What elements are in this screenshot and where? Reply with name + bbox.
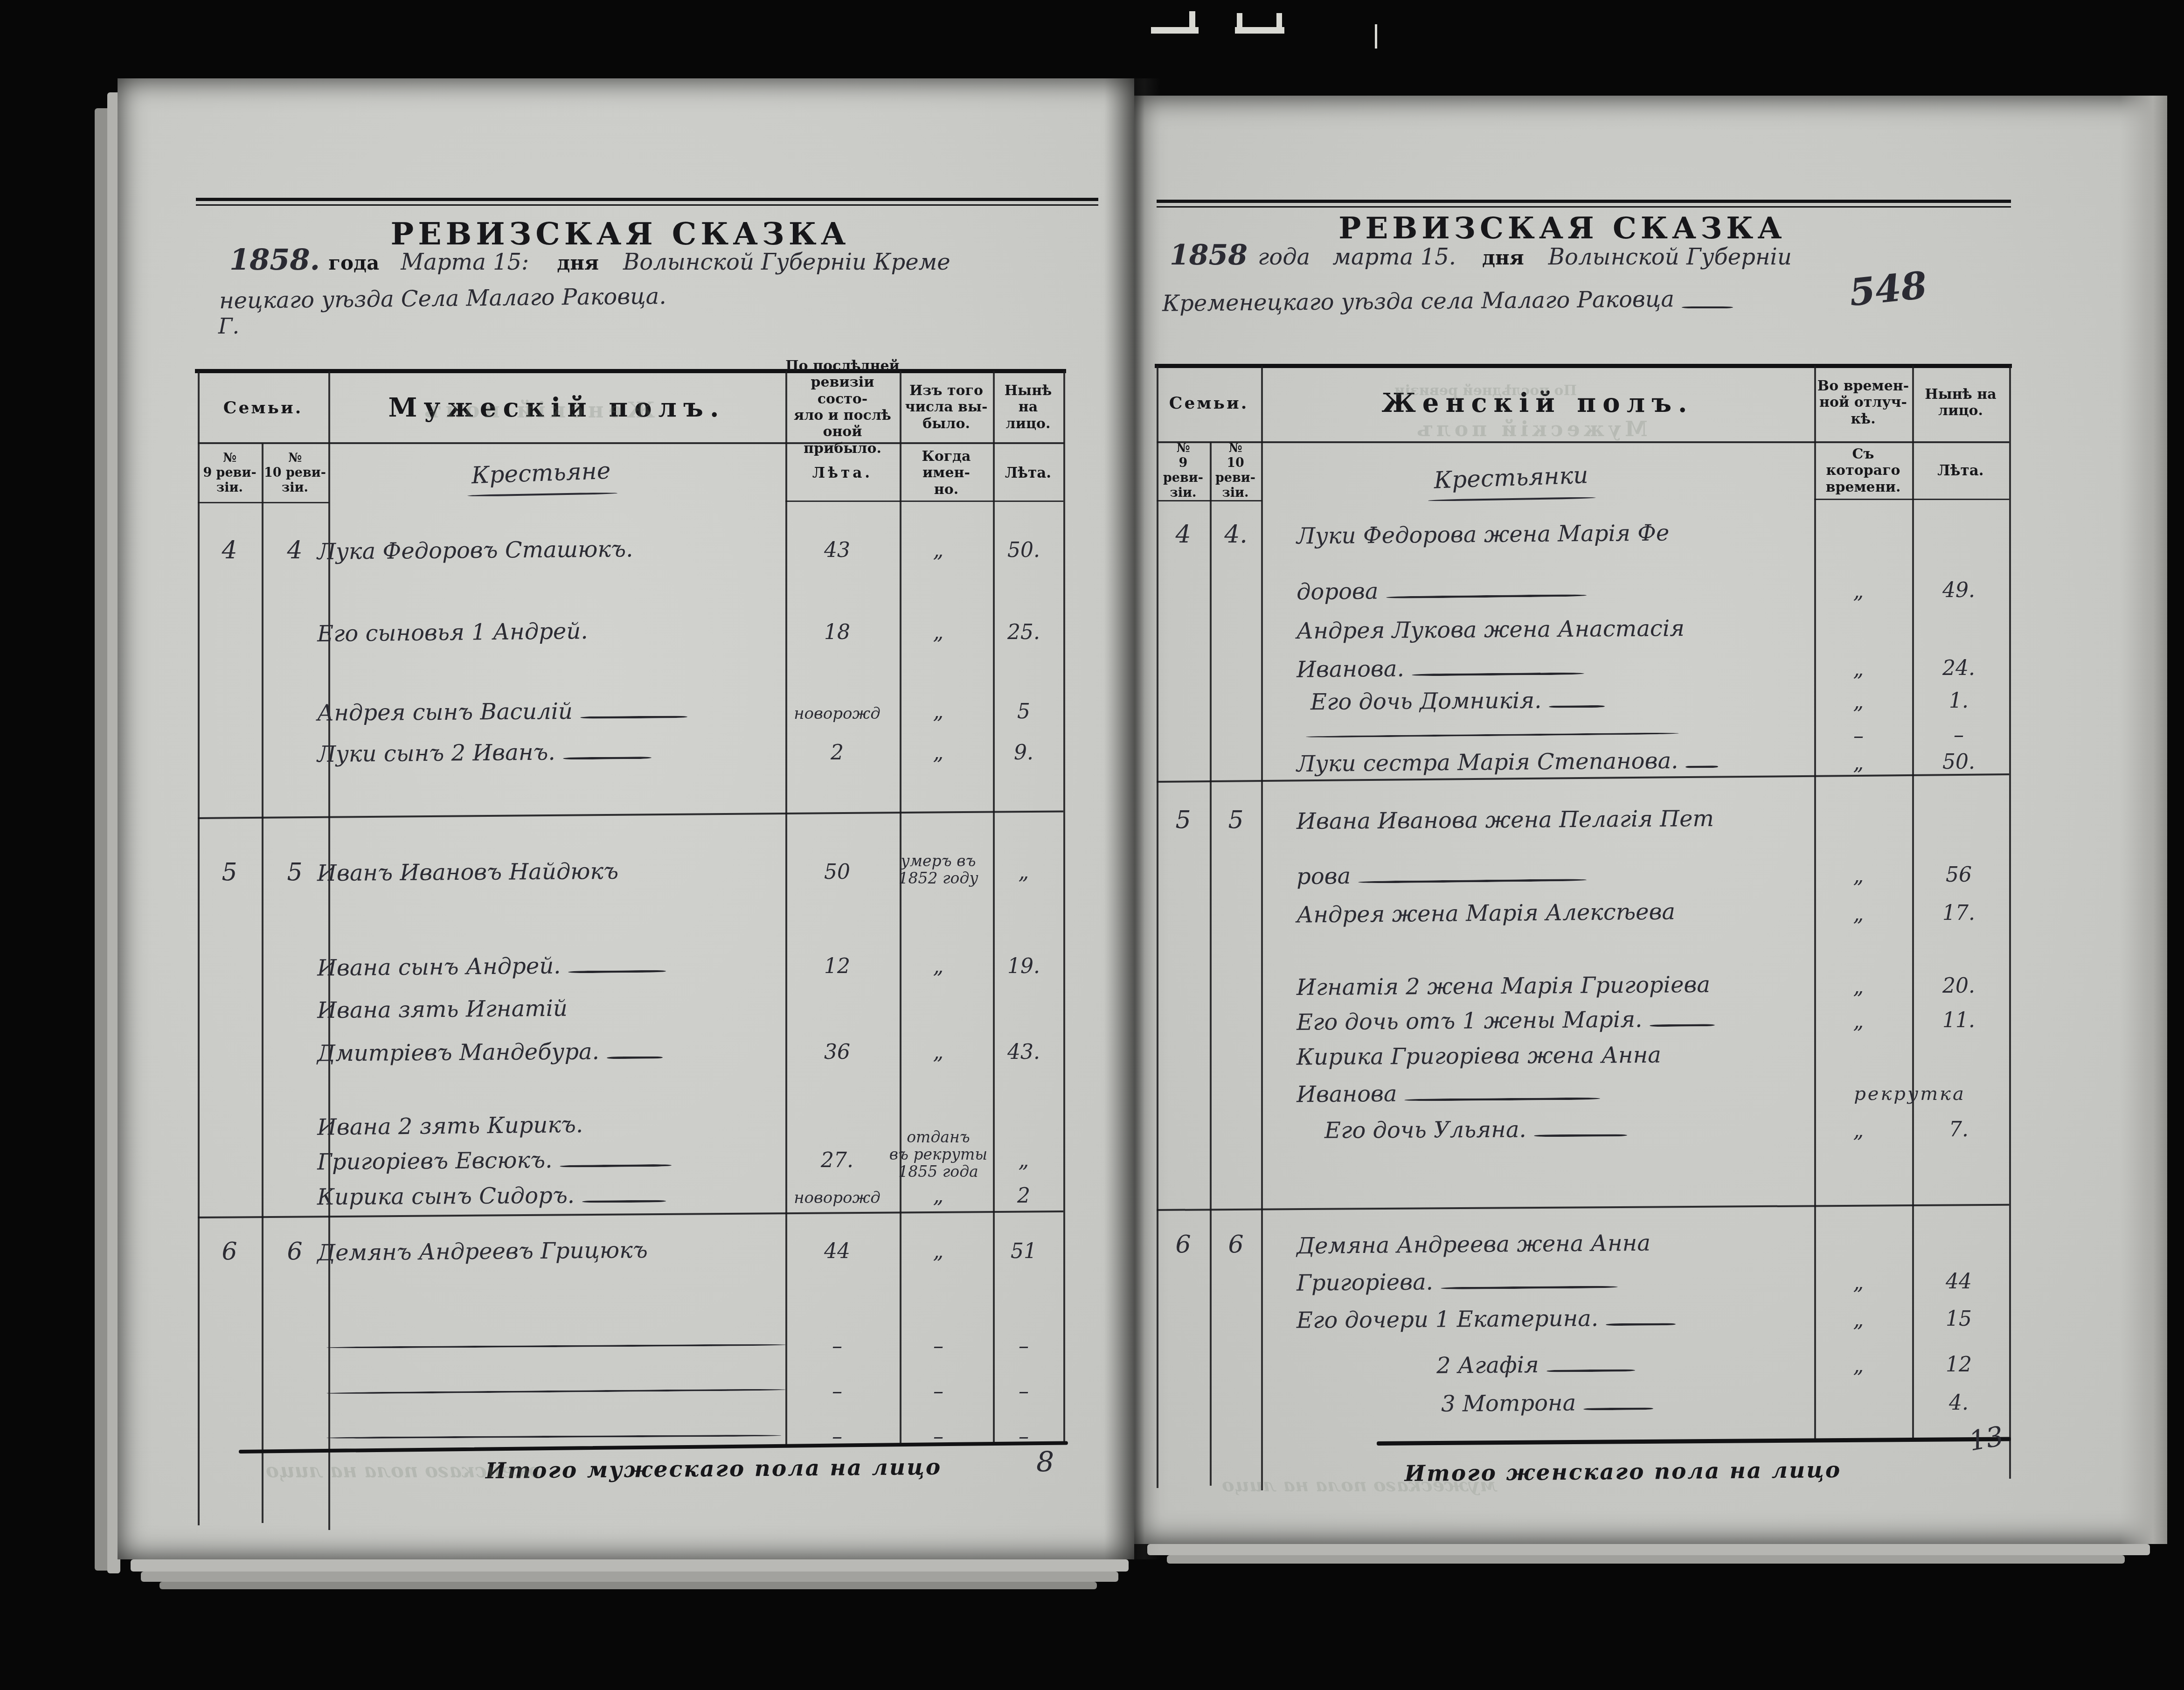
entry-dash-line: [1386, 594, 1587, 598]
age-now: 49.: [1942, 578, 1975, 602]
person-name: Андрея Лукова жена Анастасія: [1297, 615, 1685, 644]
family-number-10th-revision: 6: [1228, 1231, 1243, 1259]
person-name: Луки сестра Марія Степанова.: [1297, 748, 1678, 777]
left-col-line: [993, 371, 995, 1444]
right-village-line: Кременецкаго уѣзда села Малаго Раковца: [1162, 288, 1733, 314]
right-subheader-age: Лѣта.: [1912, 443, 2009, 498]
person-name: Кирика Григоріева жена Анна: [1297, 1042, 1661, 1071]
page-stack-edge: [159, 1582, 1097, 1589]
person-name: Лука Федоровъ Сташюкъ.: [317, 536, 633, 565]
label-lines: №10 реви-зіи.: [1210, 441, 1261, 500]
entry-dash-line: [1650, 1024, 1715, 1027]
age-now: –: [1019, 1334, 1029, 1358]
province-handwritten: Волынской Губерніи Креме: [623, 249, 950, 275]
book-gutter-shadow: [1104, 78, 1160, 1559]
table-row: Его дочь отъ 1 жены Марія.: [1297, 1006, 1715, 1036]
age-now: 44: [1946, 1270, 1972, 1294]
age-now: 50.: [1007, 538, 1040, 562]
table-row: Ивана 2 зять Кирикъ.: [317, 1112, 583, 1141]
left-header-family: Семьи.: [198, 373, 328, 442]
table-row: Андрея сынъ Василій: [317, 697, 687, 726]
table-row: Демяна Андреева жена Анна: [1297, 1230, 1650, 1259]
table-row: Кирика сынъ Сидоръ.: [317, 1182, 666, 1210]
page-stack-edge: [141, 1572, 1118, 1582]
left-subheader-rule: [785, 501, 1063, 502]
table-row: Иванова.: [1297, 654, 1584, 682]
table-row: дорова: [1297, 576, 1587, 605]
entry-dash-line: [1583, 1407, 1653, 1410]
person-name: Луки Федорова жена Марія Фе: [1297, 520, 1670, 549]
person-name: Его дочери 1 Екатерина.: [1297, 1305, 1598, 1334]
age-now: 51: [1011, 1239, 1037, 1263]
age-last-revision: 44: [824, 1239, 850, 1263]
person-name: Его дочь отъ 1 жены Марія.: [1297, 1006, 1643, 1035]
since-when: „: [1853, 902, 1864, 926]
entry-dash-line: [560, 1164, 672, 1167]
family-number-9th-revision: 6: [1175, 1231, 1191, 1259]
page-stack-edge: [1147, 1544, 2150, 1555]
year-word-handwritten: года: [1258, 244, 1310, 270]
person-name: Дмитріевъ Мандебура.: [317, 1038, 599, 1066]
table-row: 3 Мотрона: [1441, 1389, 1654, 1417]
left-col-line: [1063, 371, 1065, 1443]
label-lines: №9 реви-зіи.: [203, 451, 256, 495]
age-now: 9.: [1014, 741, 1033, 765]
right-header-present: Нынѣ налицо.: [1912, 368, 2009, 438]
family-number-9th-revision: 6: [222, 1238, 237, 1266]
age-now: „: [1019, 860, 1029, 884]
bleed-through-text: По послѣдней ревизіи: [1394, 383, 1577, 399]
entry-dash-line: [1685, 765, 1718, 768]
when-departed: „: [933, 741, 944, 765]
right-subheader-since: Съ котораговремени.: [1814, 443, 1912, 498]
when-departed-note: отданъвъ рекруты1855 года: [889, 1129, 988, 1181]
label-lines: Изъ тогочисла вы-было.: [905, 383, 988, 432]
table-row: Его сыновья 1 Андрей.: [317, 618, 588, 647]
left-subheader-rule: [198, 502, 329, 503]
when-departed: „: [933, 620, 944, 644]
person-name: Иванъ Ивановъ Найдюкъ: [317, 858, 619, 887]
age-now: 17.: [1942, 901, 1975, 925]
age-now: 20.: [1942, 974, 1975, 998]
person-name: Ивана зять Игнатій: [317, 995, 568, 1024]
right-header-absence: Во времен-ной отлуч-кѣ.: [1814, 368, 1912, 438]
when-departed: „: [933, 538, 944, 562]
right-subheader-rev10: №10 реви-зіи.: [1210, 443, 1261, 498]
age-now: 2: [1017, 1184, 1030, 1208]
family-number-9th-revision: 5: [1175, 806, 1191, 834]
since-when: –: [1853, 724, 1864, 748]
entry-dash-line: [607, 1056, 663, 1059]
person-name: Демяна Андреева жена Анна: [1297, 1230, 1650, 1259]
age-now: 25.: [1007, 620, 1040, 644]
person-name: 2 Агафія: [1436, 1352, 1539, 1379]
table-row: Григоріева.: [1297, 1267, 1618, 1296]
table-row: Иванова: [1297, 1079, 1601, 1107]
right-col-line: [1912, 366, 1914, 1440]
age-now: 5: [1017, 700, 1030, 723]
since-when: „: [1853, 1271, 1864, 1294]
day-word-printed: дня: [557, 251, 599, 274]
entry-dash-line: [1546, 1369, 1635, 1372]
table-row: Григоріевъ Евсюкъ.: [317, 1146, 672, 1175]
left-footer-label: Итого мужескаго пола на лицо: [485, 1454, 942, 1484]
paper-speckles: [0, 0, 1, 1]
family-number-9th-revision: 5: [222, 858, 237, 886]
since-when: „: [1853, 657, 1864, 681]
table-row: Его дочери 1 Екатерина.: [1297, 1305, 1676, 1334]
entry-dash-line: [1549, 705, 1605, 708]
when-departed: „: [933, 954, 944, 978]
left-col-line: [900, 371, 901, 1445]
table-row: Луки Федорова жена Марія Фе: [1297, 520, 1670, 549]
person-name: Григоріева.: [1297, 1269, 1433, 1296]
age-now: 12: [1946, 1353, 1972, 1377]
page-number-handwritten: 548: [1847, 263, 1929, 315]
person-name: Демянъ Андреевъ Грицюкъ: [317, 1237, 648, 1266]
age-last-revision: 12: [824, 954, 850, 978]
left-date-line: 1858. года Марта 15: дня Волынской Губер…: [229, 243, 950, 277]
age-now: –: [1019, 1425, 1029, 1448]
entry-dash-line: [569, 970, 666, 973]
page-stack-edge: [131, 1559, 1129, 1572]
month-day-handwritten: Марта 15:: [401, 249, 529, 275]
age-now: 56: [1946, 863, 1972, 887]
when-departed: „: [933, 1184, 944, 1208]
age-now: 24.: [1942, 656, 1975, 680]
age-now: 7.: [1949, 1118, 1969, 1141]
book-scan: { "left": { "title": "РЕВИЗСКАЯ СКАЗКА",…: [0, 0, 2184, 1690]
right-col-line: [1157, 366, 1158, 1488]
table-row: Дмитріевъ Мандебура.: [317, 1038, 663, 1066]
age-last-revision: –: [832, 1379, 842, 1403]
left-subheader-when: Когда имен-но.: [900, 445, 993, 501]
table-row: Андрея Лукова жена Анастасія: [1297, 615, 1685, 644]
table-row: Демянъ Андреевъ Грицюкъ: [317, 1237, 648, 1266]
age-last-revision: –: [832, 1425, 842, 1448]
since-when: „: [1853, 1354, 1864, 1377]
left-subheader-age1: Лѣта.: [785, 445, 900, 501]
since-when: „: [1853, 864, 1864, 888]
when-departed: „: [933, 1239, 944, 1263]
age-now: 43.: [1007, 1040, 1040, 1064]
right-subheader-rule: [1814, 499, 2009, 500]
age-now: 11.: [1942, 1008, 1975, 1032]
label-lines: Нынѣ налицо.: [993, 383, 1063, 432]
left-estate-handwritten: Крестьяне: [471, 457, 611, 489]
person-name: Кирика сынъ Сидоръ.: [317, 1182, 575, 1210]
entry-dash-line: [1358, 878, 1587, 883]
bookmark-ribbon-icon: [1375, 24, 1377, 49]
age-last-revision: 18: [824, 620, 850, 644]
left-header-bottom-rule: [198, 442, 1064, 444]
label-lines: Во времен-ной отлуч-кѣ.: [1817, 378, 1909, 427]
table-row: Кирика Григоріева жена Анна: [1297, 1042, 1661, 1071]
right-col-line: [1261, 366, 1263, 1490]
bleed-through-text: женскаго пола на лицо: [266, 1459, 539, 1482]
person-name: Иванова: [1297, 1081, 1397, 1108]
table-row: [317, 1332, 786, 1349]
left-col-line: [785, 371, 787, 1445]
family-number-10th-revision: 5: [287, 858, 302, 886]
family-number-10th-revision: 4.: [1224, 521, 1248, 549]
page-stack-edge: [1167, 1555, 2125, 1564]
left-header-present: Нынѣ налицо.: [993, 372, 1063, 442]
province-handwritten: Волынской Губерніи: [1548, 244, 1792, 270]
table-row: Ивана зять Игнатій: [317, 995, 568, 1024]
when-departed: „: [933, 700, 944, 723]
family-number-9th-revision: 4: [222, 536, 237, 564]
absence-note: рекрутка: [1854, 1083, 1966, 1105]
table-row: Лука Федоровъ Сташюкъ.: [317, 536, 633, 565]
right-subheader-rev9: №9 реви-зіи.: [1157, 443, 1210, 498]
village-line-handwritten: нецкаго уѣзда Села Малаго Раковца.: [219, 283, 666, 314]
bookmark-tab-icon: [1189, 11, 1195, 33]
family-number-9th-revision: 4: [1175, 521, 1191, 549]
since-when: „: [1853, 1308, 1864, 1332]
when-departed: –: [933, 1425, 943, 1448]
table-row: Игнатія 2 жена Марія Григоріева: [1297, 972, 1710, 1001]
table-row: Его дочь Домникія.: [1310, 687, 1605, 715]
month-day-handwritten: марта 15.: [1332, 244, 1456, 270]
age-now: –: [1954, 723, 1964, 747]
age-now: 15: [1946, 1307, 1972, 1331]
person-name: Его дочь Домникія.: [1310, 688, 1542, 715]
age-now: –: [1019, 1379, 1029, 1403]
when-departed: „: [933, 1040, 944, 1064]
age-last-revision: 43: [824, 538, 850, 562]
when-departed: –: [933, 1379, 943, 1403]
table-row: Луки сестра Марія Степанова.: [1297, 747, 1719, 777]
table-row: рова: [1297, 861, 1587, 890]
person-name: 3 Мотрона: [1441, 1390, 1576, 1417]
person-name: Игнатія 2 жена Марія Григоріева: [1297, 972, 1710, 1001]
day-word-printed: дня: [1482, 246, 1524, 269]
left-top-rule: [196, 198, 1098, 206]
since-when: „: [1853, 1009, 1864, 1033]
year-handwritten: 1858.: [229, 243, 320, 277]
age-now: 1.: [1949, 689, 1969, 713]
flourish-mark: Г.: [218, 313, 239, 339]
age-last-revision: –: [832, 1334, 842, 1358]
age-last-revision: 36: [824, 1040, 850, 1064]
since-when: „: [1853, 751, 1864, 775]
age-now: 4.: [1949, 1391, 1969, 1415]
when-departed-note: умеръ въ1852 году: [898, 853, 978, 887]
age-now: „: [1019, 1148, 1029, 1172]
person-name: Ивана Иванова жена Пелагія Пет: [1297, 806, 1714, 835]
year-word-printed: года: [328, 251, 379, 274]
person-name: Андрея жена Марія Алексѣева: [1297, 898, 1676, 928]
right-estate-handwritten: Крестьянки: [1434, 461, 1589, 494]
right-col-line: [1814, 366, 1816, 1441]
since-when: „: [1853, 975, 1864, 999]
table-row: Ивана сынъ Андрей.: [317, 952, 666, 981]
right-footer-total: 13: [1967, 1420, 2006, 1457]
right-top-rule: [1157, 200, 2011, 208]
family-number-10th-revision: 5: [1228, 806, 1243, 834]
right-header-family: Семьи.: [1157, 369, 1261, 438]
when-departed: –: [933, 1334, 943, 1358]
entry-dash-line: [582, 1200, 666, 1203]
bookmark-tab-icon: [1237, 13, 1242, 33]
age-now: 50.: [1942, 750, 1975, 774]
entry-dash-line: [1606, 1323, 1676, 1326]
right-page-deckle-edge: [2120, 96, 2167, 1544]
since-when: „: [1853, 1119, 1864, 1142]
entry-dash-line: [1405, 1097, 1601, 1101]
table-row: Ивана Иванова жена Пелагія Пет: [1297, 806, 1714, 835]
label-lines: Нынѣ налицо.: [1925, 386, 1996, 419]
left-footer-total: 8: [1036, 1446, 1054, 1479]
person-name: Его дочь Ульяна.: [1324, 1116, 1526, 1143]
family-number-10th-revision: 6: [287, 1238, 302, 1266]
left-col-line: [262, 443, 263, 1523]
age-last-revision: 50: [824, 860, 850, 884]
since-when: „: [1853, 579, 1864, 603]
person-name: Иванова.: [1297, 656, 1404, 683]
left-header-departed: Изъ тогочисла вы-было.: [900, 372, 993, 442]
right-col-line: [2009, 366, 2011, 1479]
right-date-line: 1858 года марта 15. дня Волынской Губерн…: [1170, 239, 1792, 271]
left-subheader-rev10: №10 реви-зіи.: [262, 445, 328, 501]
age-last-revision: 27.: [821, 1148, 853, 1172]
entry-dash-line: [580, 716, 687, 719]
person-name: Его сыновья 1 Андрей.: [317, 618, 588, 647]
entry-dash-line: [563, 756, 652, 759]
entry-dash-line: [1534, 1134, 1627, 1137]
label-lines: №10 реви-зіи.: [264, 451, 326, 495]
table-row: 2 Агафія: [1436, 1351, 1635, 1379]
person-name: Андрея сынъ Василій: [317, 698, 573, 726]
age-last-revision: 2: [831, 741, 844, 765]
person-name: Григоріевъ Евсюкъ.: [317, 1147, 553, 1175]
village-handwritten: Кременецкаго уѣзда села Малаго Раковца: [1162, 286, 1674, 317]
entry-dash-line: [1441, 1286, 1618, 1289]
person-name: Ивана 2 зять Кирикъ.: [317, 1112, 583, 1141]
label-lines: По послѣднейревизіи состо-яло и послѣоно…: [785, 358, 900, 457]
person-name: Луки сынъ 2 Иванъ.: [317, 739, 555, 767]
table-row: Андрея жена Марія Алексѣева: [1297, 898, 1676, 928]
table-row: Луки сынъ 2 Иванъ.: [317, 738, 652, 767]
age-now: 19.: [1007, 954, 1040, 978]
bookmark-tab-icon: [1276, 13, 1282, 33]
bleed-through-text: Мужескій полъ: [1413, 417, 1648, 441]
label-lines: Съ котораговремени.: [1814, 446, 1912, 495]
left-subheader-rev9: №9 реви-зіи.: [198, 445, 262, 501]
entry-dash-line: [1412, 672, 1584, 676]
left-header-last-revision: По послѣднейревизіи состо-яло и послѣоно…: [785, 372, 900, 442]
age-last-revision: новорожд: [794, 1189, 881, 1207]
right-col-line: [1210, 442, 1212, 1486]
table-row: [317, 1422, 781, 1439]
since-when: „: [1853, 690, 1864, 714]
label-lines: Когда имен-но.: [900, 448, 993, 498]
family-number-10th-revision: 4: [287, 536, 302, 564]
left-col-line: [198, 371, 200, 1525]
bleed-through-text: мужескаго пола на лицо: [1222, 1474, 1498, 1496]
person-name: рова: [1297, 863, 1351, 890]
year-handwritten: 1858: [1170, 239, 1248, 271]
label-lines: №9 реви-зіи.: [1157, 441, 1210, 500]
table-row: Его дочь Ульяна.: [1324, 1116, 1627, 1143]
age-last-revision: новорожд: [794, 704, 881, 723]
left-subheader-age2: Лѣта.: [993, 445, 1063, 501]
bleed-through-text: Женскій полъ: [420, 397, 655, 423]
person-name: Ивана сынъ Андрей.: [317, 953, 561, 981]
person-name: дорова: [1297, 578, 1379, 605]
table-row: Иванъ Ивановъ Найдюкъ: [317, 858, 619, 887]
